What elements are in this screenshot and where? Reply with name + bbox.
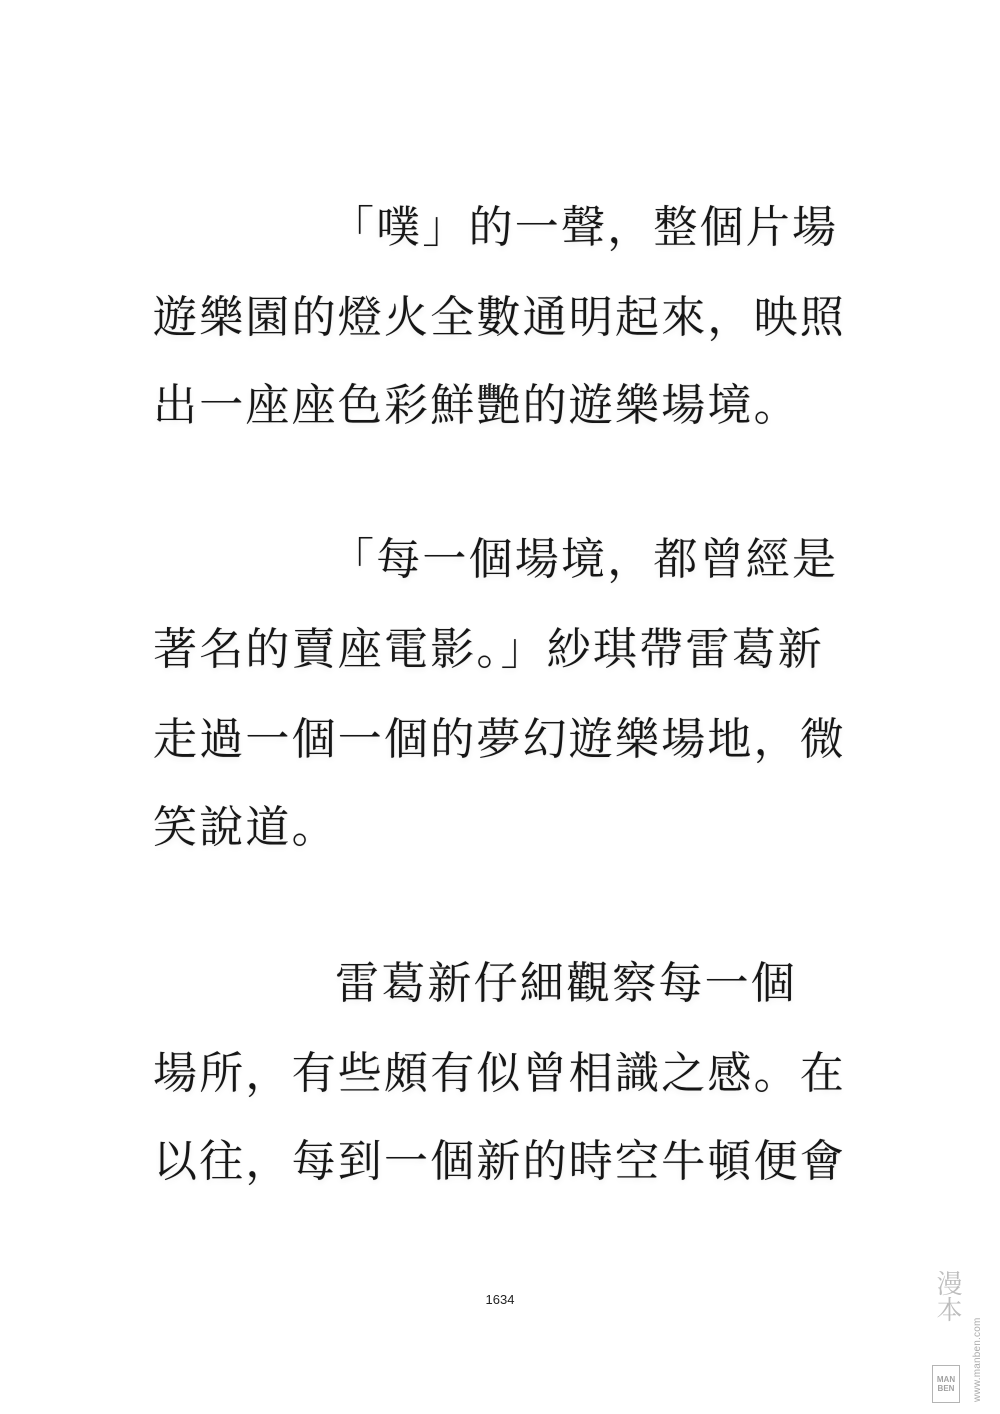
paragraph-2-line-2: 著名的賣座電影。」紗琪帶雷葛新 [153,622,853,678]
paragraph-1-line-1: 「噗」的一聲，整個片場 [330,200,1000,256]
watermark-box-top: MAN [937,1375,955,1384]
paragraph-3-line-2: 場所，有些頗有似曾相識之感。在 [153,1046,853,1102]
paragraph-2-line-3: 走過一個一個的夢幻遊樂場地，微 [153,712,853,768]
book-page: 「噗」的一聲，整個片場 遊樂園的燈火全數通明起來，映照 出一座座色彩鮮艷的遊樂場… [0,0,1000,1414]
watermark-url: www.manben.com [972,1318,983,1403]
paragraph-1-line-2: 遊樂園的燈火全數通明起來，映照 [153,290,853,346]
watermark-logo: 漫本 MAN BEN www.manben.com [928,1262,990,1407]
watermark-logo-glyph: 漫本 [930,1270,962,1360]
watermark-box-icon: MAN BEN [932,1365,960,1403]
paragraph-1-line-3: 出一座座色彩鮮艷的遊樂場境。 [153,378,853,434]
paragraph-3-line-1: 雷葛新仔細觀察每一個 [335,956,1000,1012]
watermark-box-bottom: BEN [938,1384,955,1393]
paragraph-2-line-1: 「每一個場境，都曾經是 [330,532,1000,588]
page-number: 1634 [0,1292,1000,1307]
paragraph-3-line-3: 以往，每到一個新的時空牛頓便會 [153,1134,853,1190]
paragraph-2-line-4: 笑說道。 [153,800,853,856]
